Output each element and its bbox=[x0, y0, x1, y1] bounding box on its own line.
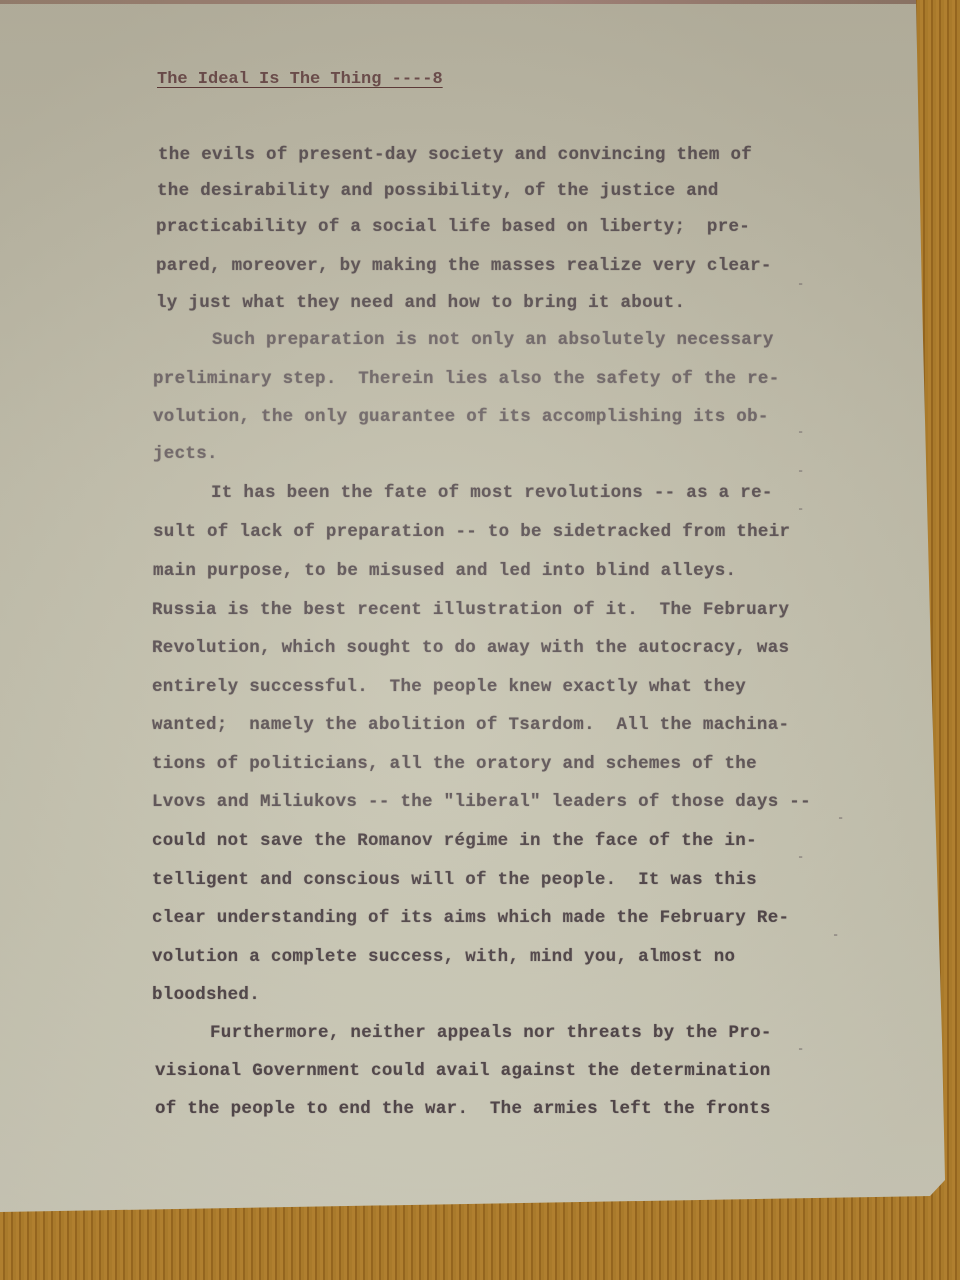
margin-hyphen-mark: - bbox=[797, 850, 804, 864]
text-line: volution, the only guarantee of its acco… bbox=[153, 407, 769, 427]
text-line: jects. bbox=[153, 444, 218, 464]
text-line: tions of politicians, all the oratory an… bbox=[152, 754, 757, 774]
text-line: sult of lack of preparation -- to be sid… bbox=[153, 522, 790, 542]
text-line: Lvovs and Miliukovs -- the "liberal" lea… bbox=[152, 792, 811, 812]
margin-hyphen-mark: - bbox=[832, 928, 839, 942]
text-line: visional Government could avail against … bbox=[155, 1061, 771, 1081]
text-line: ly just what they need and how to bring … bbox=[156, 293, 685, 313]
text-line: the evils of present-day society and con… bbox=[158, 145, 752, 165]
text-line: Russia is the best recent illustration o… bbox=[152, 600, 789, 620]
page-top-edge bbox=[0, 0, 916, 4]
margin-hyphen-mark: - bbox=[797, 277, 804, 291]
text-line: entirely successful. The people knew exa… bbox=[152, 677, 746, 697]
typewritten-page: The Ideal Is The Thing ----8 the evils o… bbox=[0, 0, 960, 1215]
margin-hyphen-mark: - bbox=[797, 464, 804, 478]
text-line: pared, moreover, by making the masses re… bbox=[156, 256, 772, 276]
text-line: main purpose, to be misused and led into… bbox=[153, 561, 736, 581]
text-line: telligent and conscious will of the peop… bbox=[152, 870, 757, 890]
text-line: volution a complete success, with, mind … bbox=[152, 947, 735, 967]
margin-hyphen-mark: - bbox=[797, 502, 804, 516]
margin-hyphen-mark: - bbox=[797, 1042, 804, 1056]
page-header: The Ideal Is The Thing ----8 bbox=[157, 70, 443, 89]
text-line: bloodshed. bbox=[152, 985, 260, 1005]
paragraph-start-line: Such preparation is not only an absolute… bbox=[212, 330, 774, 350]
text-line: the desirability and possibility, of the… bbox=[157, 181, 719, 201]
text-line: could not save the Romanov régime in the… bbox=[152, 831, 757, 851]
text-line: preliminary step. Therein lies also the … bbox=[153, 369, 780, 389]
text-line: wanted; namely the abolition of Tsardom.… bbox=[152, 715, 789, 735]
text-line: practicability of a social life based on… bbox=[156, 217, 750, 237]
margin-hyphen-mark: - bbox=[797, 425, 804, 439]
margin-hyphen-mark: - bbox=[837, 811, 844, 825]
text-line: Revolution, which sought to do away with… bbox=[152, 638, 789, 658]
text-line: clear understanding of its aims which ma… bbox=[152, 908, 789, 928]
paragraph-start-line: Furthermore, neither appeals nor threats… bbox=[210, 1023, 772, 1043]
text-line: of the people to end the war. The armies… bbox=[155, 1099, 771, 1119]
paragraph-start-line: It has been the fate of most revolutions… bbox=[211, 483, 773, 503]
